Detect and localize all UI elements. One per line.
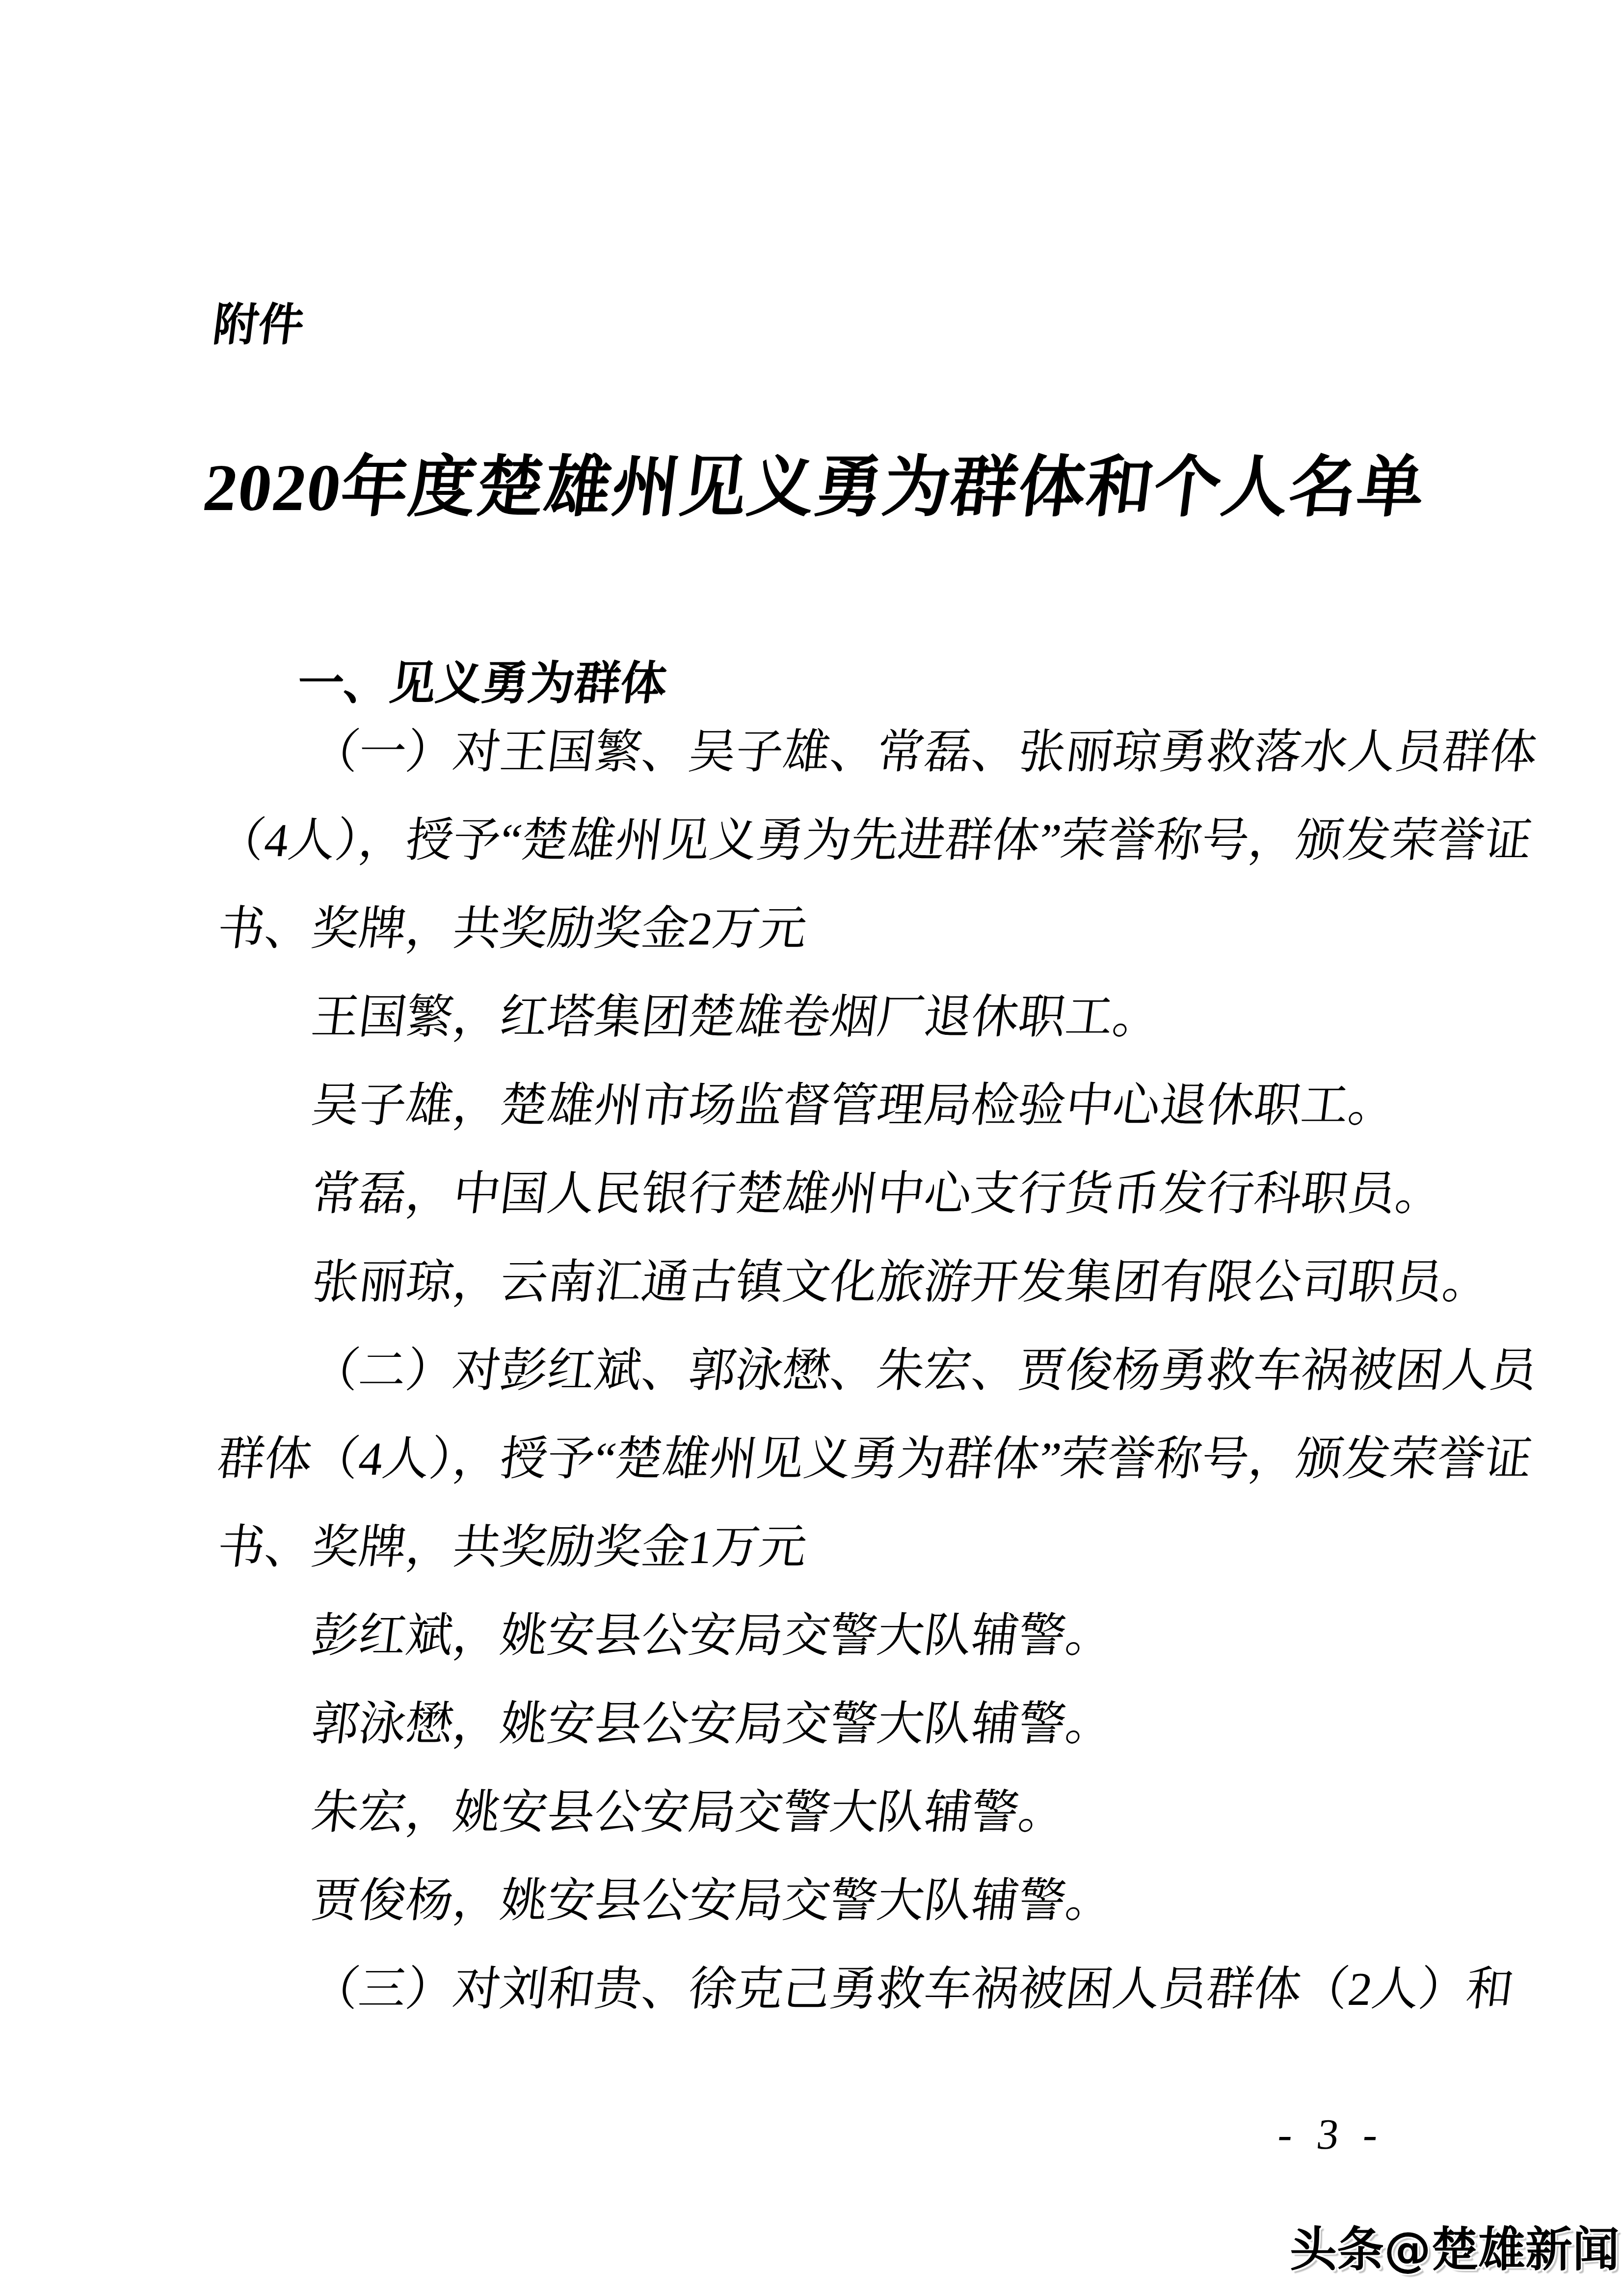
body-line: 群体（4人），授予“楚雄州见义勇为群体”荣誉称号，颁发荣誉证 [214, 1415, 1463, 1503]
body-line: 郭泳懋，姚安县公安局交警大队辅警。 [214, 1680, 1463, 1768]
body-line: 常磊，中国人民银行楚雄州中心支行货币发行科职员。 [214, 1150, 1463, 1238]
body-line-text: 群体（4人），授予“楚雄州见义勇为群体”荣誉称号，颁发荣誉证 [213, 1415, 1537, 1503]
body-line: （三）对刘和贵、徐克己勇救车祸被困人员群体（2人）和 [214, 1945, 1463, 2033]
body-line: （二）对彭红斌、郭泳懋、朱宏、贾俊杨勇救车祸被困人员 [214, 1326, 1463, 1415]
news-watermark: 头条@楚雄新闻 [1290, 2212, 1620, 2279]
body-line: 书、奖牌，共奖励奖金1万元 [214, 1503, 1463, 1592]
page-number-text: - 3 - [1275, 2110, 1387, 2160]
body-line: 贾俊杨，姚安县公安局交警大队辅警。 [214, 1857, 1463, 1945]
body-line-text: 朱宏，姚安县公安局交警大队辅警。 [307, 1768, 1071, 1857]
body-line-text: 书、奖牌，共奖励奖金1万元 [213, 1503, 812, 1592]
body-line-text: 贾俊杨，姚安县公安局交警大队辅警。 [307, 1857, 1118, 1945]
body-line-text: 吴子雄，楚雄州市场监督管理局检验中心退休职工。 [307, 1061, 1401, 1150]
body-line-text: （二）对彭红斌、郭泳懋、朱宏、贾俊杨勇救车祸被困人员 [307, 1326, 1542, 1415]
page-number: - 3 - [1276, 2110, 1383, 2160]
body-line: （4人），授予“楚雄州见义勇为先进群体”荣誉称号，颁发荣誉证 [214, 796, 1463, 885]
section-heading-text: 一、见义勇为群体 [294, 646, 672, 712]
document-page: 附件 2020年度楚雄州见义勇为群体和个人名单 一、见义勇为群体 （一）对王国繁… [0, 0, 1622, 2296]
body-text-block: （一）对王国繁、吴子雄、常磊、张丽琼勇救落水人员群体 （4人），授予“楚雄州见义… [214, 708, 1463, 2033]
body-line-text: （4人），授予“楚雄州见义勇为先进群体”荣誉称号，颁发荣誉证 [213, 796, 1537, 885]
attachment-label-text: 附件 [210, 289, 308, 353]
body-line-text: （一）对王国繁、吴子雄、常磊、张丽琼勇救落水人员群体 [307, 708, 1542, 796]
body-line: 吴子雄，楚雄州市场监督管理局检验中心退休职工。 [214, 1061, 1463, 1150]
body-line: 朱宏，姚安县公安局交警大队辅警。 [214, 1768, 1463, 1857]
body-line-text: 常磊，中国人民银行楚雄州中心支行货币发行科职员。 [307, 1150, 1448, 1238]
body-line-text: （三）对刘和贵、徐克己勇救车祸被困人员群体（2人）和 [307, 1945, 1519, 2033]
body-line: 彭红斌，姚安县公安局交警大队辅警。 [214, 1592, 1463, 1680]
body-line-text: 郭泳懋，姚安县公安局交警大队辅警。 [307, 1680, 1118, 1768]
body-line: （一）对王国繁、吴子雄、常磊、张丽琼勇救落水人员群体 [214, 708, 1463, 796]
page-title: 2020年度楚雄州见义勇为群体和个人名单 [0, 433, 1622, 529]
body-line: 张丽琼，云南汇通古镇文化旅游开发集团有限公司职员。 [214, 1238, 1463, 1326]
attachment-label: 附件 [211, 289, 301, 353]
body-line: 王国繁，红塔集团楚雄卷烟厂退休职工。 [214, 973, 1463, 1061]
body-line-text: 张丽琼，云南汇通古镇文化旅游开发集团有限公司职员。 [307, 1238, 1495, 1326]
section-heading: 一、见义勇为群体 [295, 646, 665, 712]
body-line-text: 书、奖牌，共奖励奖金2万元 [213, 885, 812, 973]
page-title-text: 2020年度楚雄州见义勇为群体和个人名单 [199, 433, 1432, 529]
body-line-text: 彭红斌，姚安县公安局交警大队辅警。 [307, 1592, 1118, 1680]
body-line: 书、奖牌，共奖励奖金2万元 [214, 885, 1463, 973]
body-line-text: 王国繁，红塔集团楚雄卷烟厂退休职工。 [307, 973, 1166, 1061]
